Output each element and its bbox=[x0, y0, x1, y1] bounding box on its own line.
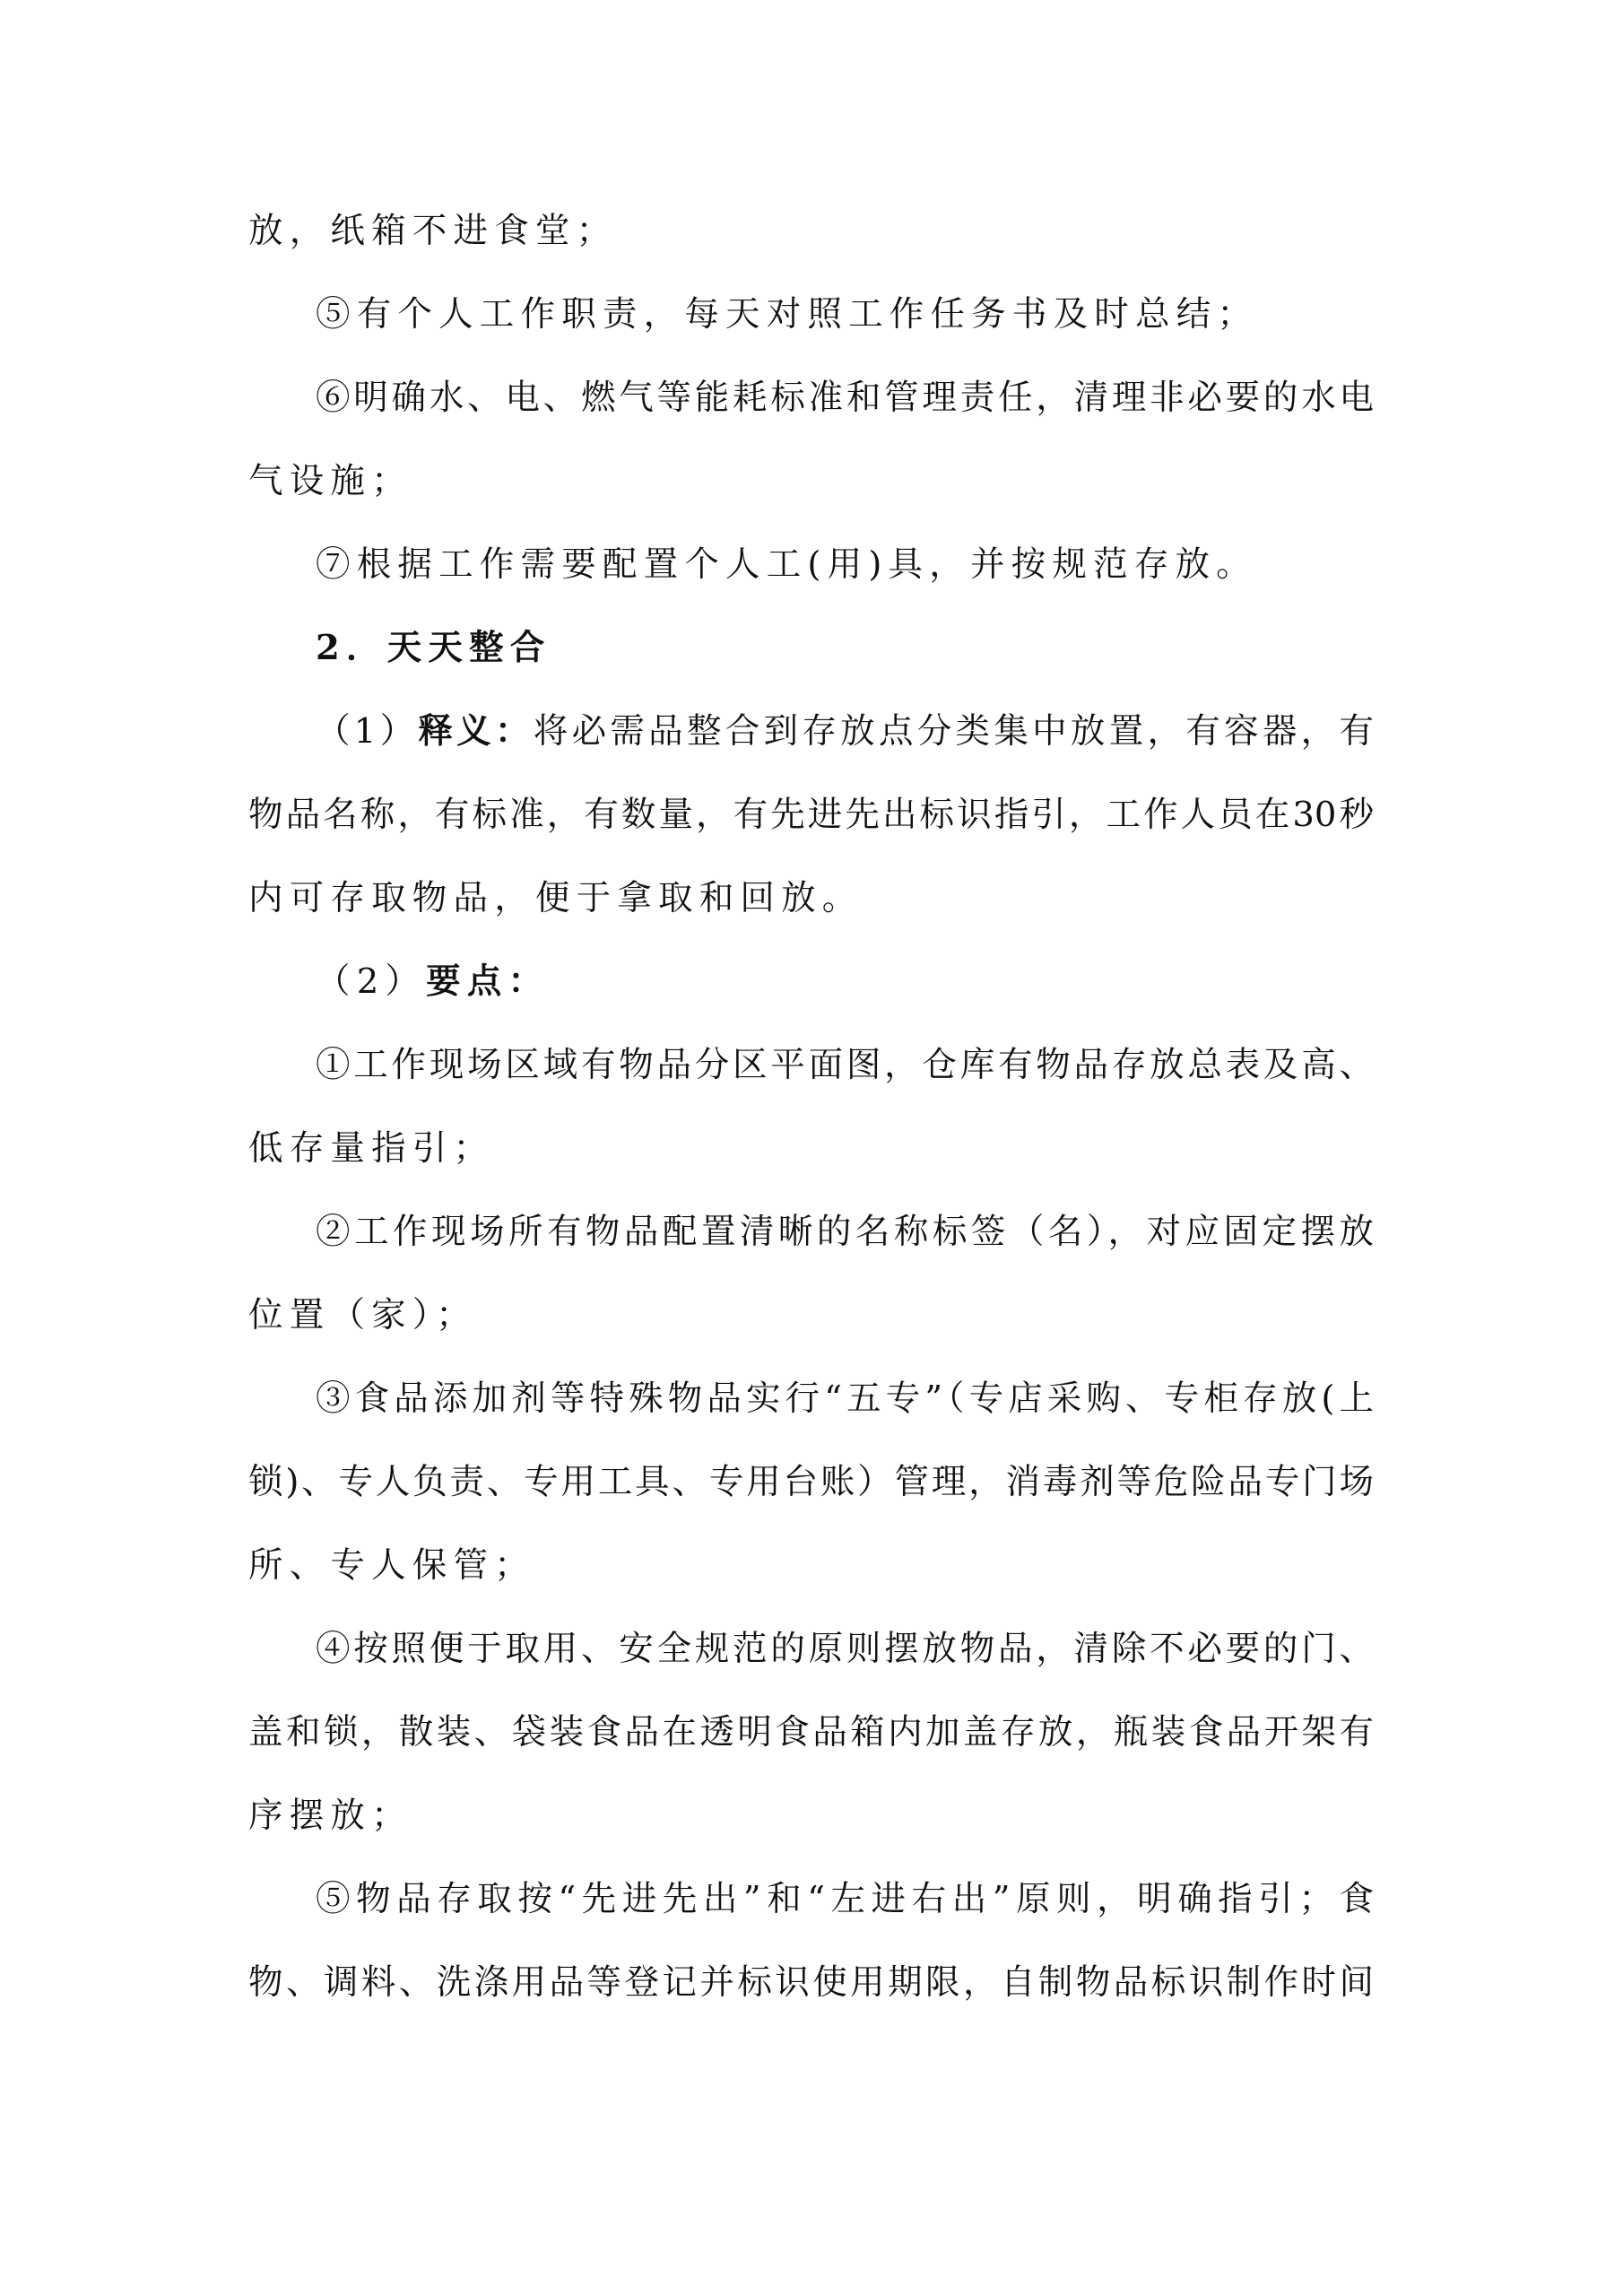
list-item-5: ⑤有个人工作职责，每天对照工作任务书及时总结； bbox=[316, 288, 1258, 342]
paragraph-line: 放，纸箱不进食堂； bbox=[248, 204, 617, 258]
paragraph-line: 内可存取物品，便于拿取和回放。 bbox=[248, 872, 864, 926]
definition-line: （1）释义：将必需品整合到存放点分类集中放置，有容器，有 bbox=[316, 705, 1374, 759]
list-item-3: ③食品添加剂等特殊物品实行“五专”（专店采购、专柜存放(上 bbox=[316, 1372, 1374, 1426]
definition-label: 释义： bbox=[418, 711, 533, 752]
list-item-1: ①工作现场区域有物品分区平面图，仓库有物品存放总表及高、 bbox=[316, 1039, 1374, 1092]
list-item-6: ⑥明确水、电、燃气等能耗标准和管理责任，清理非必要的水电 bbox=[316, 371, 1374, 425]
paragraph-line: 所、专人保管； bbox=[248, 1539, 535, 1593]
paragraph-line: 气设施； bbox=[248, 455, 412, 509]
list-item-4: ④按照便于取用、安全规范的原则摆放物品，清除不必要的门、 bbox=[316, 1622, 1374, 1676]
list-item-2: ②工作现场所有物品配置清晰的名称标签（名），对应固定摆放 bbox=[316, 1205, 1374, 1259]
paragraph-line: 位置（家）； bbox=[248, 1289, 477, 1343]
key-points-label: 要点： bbox=[426, 961, 549, 1002]
list-item-5b: ⑤物品存取按“先进先出”和“左进右出”原则，明确指引；食 bbox=[316, 1873, 1374, 1926]
key-points-heading: （2）要点： bbox=[316, 955, 549, 1009]
paragraph-line: 物品名称，有标准，有数量，有先进先出标识指引，工作人员在30秒 bbox=[248, 788, 1374, 842]
definition-text: 将必需品整合到存放点分类集中放置，有容器，有 bbox=[534, 711, 1374, 752]
paragraph-line: 锁)、专人负责、专用工具、专用台账）管理，消毒剂等危险品专门场 bbox=[248, 1456, 1374, 1509]
paragraph-line: 序摆放； bbox=[248, 1789, 412, 1843]
section-heading: 2．天天整合 bbox=[316, 622, 551, 675]
paragraph-line: 低存量指引； bbox=[248, 1122, 494, 1176]
list-item-7: ⑦根据工作需要配置个人工(用)具，并按规范存放。 bbox=[316, 538, 1257, 592]
definition-prefix: （1） bbox=[316, 711, 418, 752]
paragraph-line: 物、调料、洗涤用品等登记并标识使用期限，自制物品标识制作时间 bbox=[248, 1956, 1374, 2010]
paragraph-line: 盖和锁，散装、袋装食品在透明食品箱内加盖存放，瓶装食品开架有 bbox=[248, 1706, 1374, 1760]
key-points-prefix: （2） bbox=[316, 961, 426, 1002]
